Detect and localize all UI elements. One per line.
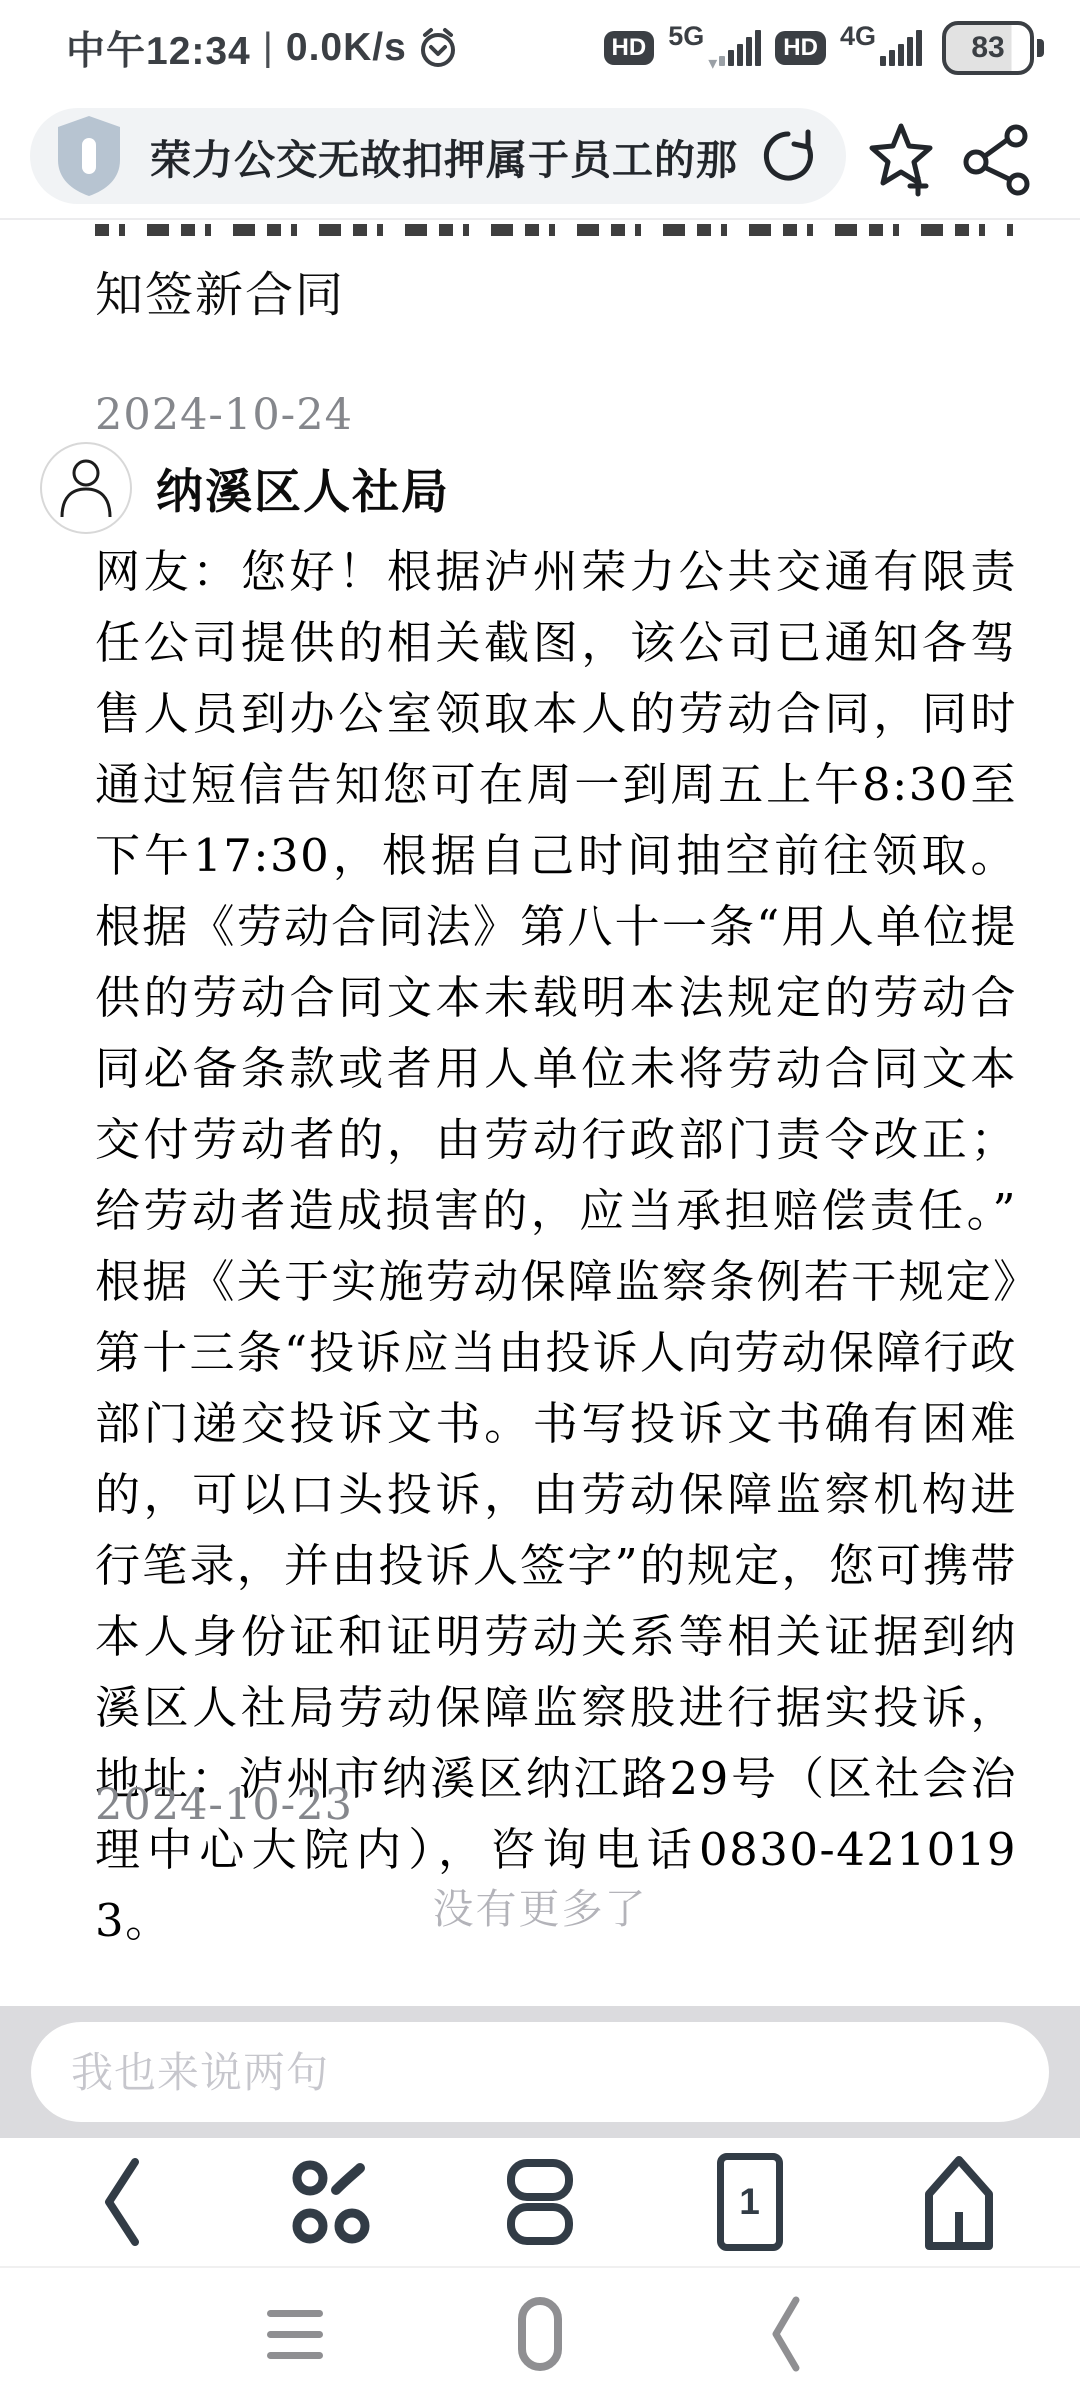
end-of-list-text: 没有更多了 <box>0 1876 1080 1935</box>
chevron-left-icon <box>99 2154 143 2250</box>
sim2-signal-bars-icon <box>880 30 922 66</box>
battery-indicator: 83 <box>942 21 1044 75</box>
site-shield-icon <box>52 114 126 198</box>
question-date: 2024-10-24 <box>95 390 353 440</box>
status-bar: 中午12:34 | 0.0K/s HD 5G ▾ HD 4G <box>0 0 1080 96</box>
share-icon[interactable] <box>960 124 1034 196</box>
recents-button[interactable] <box>250 2289 340 2379</box>
system-navbar <box>0 2266 1080 2400</box>
tab-count: 1 <box>739 2181 760 2223</box>
clock-time: 中午12:34 <box>66 20 251 76</box>
battery-nub <box>1037 39 1044 57</box>
bookmark-add-icon[interactable] <box>866 122 936 198</box>
browser-toolbar: 1 <box>0 2138 1080 2266</box>
home-pill-button[interactable] <box>495 2289 585 2379</box>
page-content: 知签新合同 2024-10-24 纳溪区人社局 网友：您好！根据泸州荣力公共交通… <box>0 220 1080 2006</box>
reply-header: 纳溪区人社局 <box>40 442 1040 534</box>
search-query-text[interactable]: 荣力公交无故扣押属于员工的那 <box>150 127 756 186</box>
reply-author: 纳溪区人社局 <box>156 455 450 522</box>
comment-bar <box>0 2006 1080 2138</box>
reply-body-text: 网友：您好！根据泸州荣力公共交通有限责任公司提供的相关截图，该公司已通知各驾售人… <box>95 536 1017 1956</box>
refresh-icon[interactable] <box>756 124 820 188</box>
tabs-button[interactable]: 1 <box>695 2147 805 2257</box>
sim2-hd-badge: HD <box>775 31 826 65</box>
command-menu-icon <box>288 2156 374 2248</box>
sim1-network-type: 5G <box>668 21 704 52</box>
sim2-network-type: 4G <box>840 21 876 52</box>
address-bar[interactable]: 荣力公交无故扣押属于员工的那 <box>30 108 846 204</box>
sim2-signal: 4G <box>840 30 922 66</box>
home-pill-icon <box>518 2297 562 2371</box>
network-speed: 0.0K/s <box>286 26 407 70</box>
home-button[interactable] <box>904 2147 1014 2257</box>
reply-date: 2024-10-23 <box>95 1780 353 1830</box>
menu-icon <box>267 2310 323 2359</box>
home-icon <box>921 2154 997 2250</box>
comment-input[interactable] <box>31 2022 1049 2122</box>
browser-header: 荣力公交无故扣押属于员工的那 <box>0 96 1080 220</box>
person-icon <box>58 457 114 519</box>
sim1-signal: 5G ▾ <box>668 30 761 66</box>
status-divider: | <box>263 26 274 70</box>
sim1-signal-bars-icon <box>719 30 761 66</box>
question-tail-text: 知签新合同 <box>95 256 345 325</box>
nav-back-chevron-icon <box>768 2294 802 2374</box>
avatar <box>40 442 132 534</box>
tab-counter-icon: 1 <box>717 2153 783 2251</box>
windows-button[interactable] <box>485 2147 595 2257</box>
battery-level: 83 <box>971 31 1004 65</box>
stacked-windows-icon <box>507 2155 573 2249</box>
menu-button[interactable] <box>276 2147 386 2257</box>
back-button[interactable] <box>66 2147 176 2257</box>
sim1-hd-badge: HD <box>604 31 655 65</box>
download-arrow-icon: ▾ <box>708 54 717 72</box>
alarm-icon <box>417 27 459 69</box>
clipped-text-line <box>95 224 1013 236</box>
nav-back-button[interactable] <box>740 2289 830 2379</box>
